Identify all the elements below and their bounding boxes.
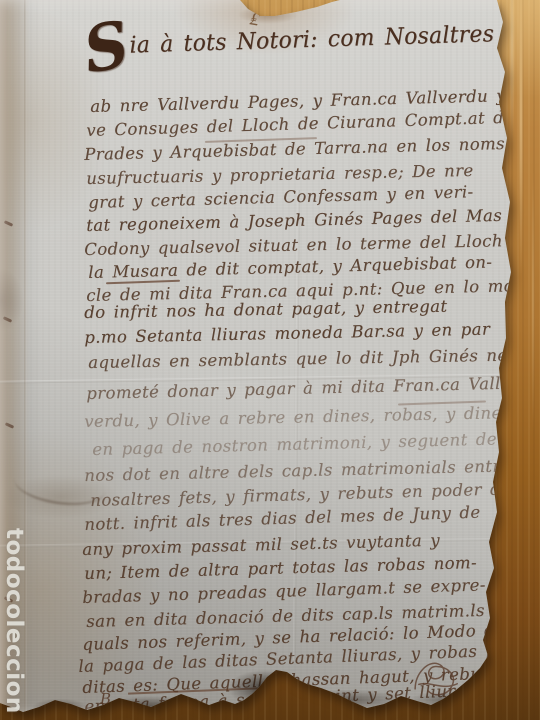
manuscript-heading-text: ia à tots Notori: com Nosaltres te. — [129, 20, 534, 59]
manuscript-line: prometé donar y pagar à mi dita Fran.ca … — [86, 374, 507, 403]
manuscript-line: verdu, y Olive a rebre en dines, robas, … — [84, 403, 511, 431]
photo-scene: Sia à tots Notori: com Nosaltres te. ₤ B… — [0, 0, 540, 720]
manuscript-paper: Sia à tots Notori: com Nosaltres te. ₤ B… — [0, 0, 540, 720]
notarial-rubric-icon — [409, 651, 467, 704]
manuscript-heading: Sia à tots Notori: com Nosaltres te. — [84, 20, 534, 64]
paper-wrap: Sia à tots Notori: com Nosaltres te. ₤ B… — [0, 0, 540, 720]
manuscript-line: en paga de nostron matrimoni, y seguent … — [92, 429, 497, 459]
manuscript-text: Sia à tots Notori: com Nosaltres te. ₤ B… — [0, 0, 540, 720]
manuscript-line: p.mo Setanta lliuras moneda Bar.sa y en … — [84, 319, 490, 346]
manuscript-initial: S — [82, 30, 130, 67]
ink-mark-bottom-left: B. — [100, 690, 116, 708]
watermark-todocoleccion: todocoleccion — [1, 528, 27, 720]
manuscript-line: aquellas en semblants que lo dit Jph Gin… — [88, 346, 508, 372]
